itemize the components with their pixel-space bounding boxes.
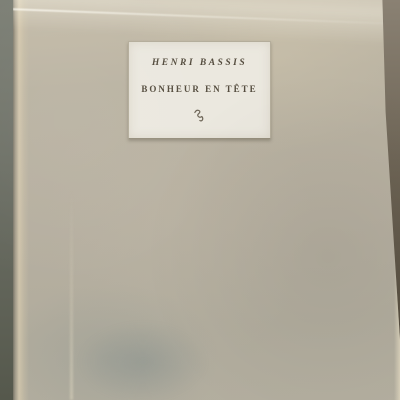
spine-edge: [13, 0, 29, 400]
photo-scene: HENRI BASSIS BONHEUR EN TÊTE: [0, 0, 400, 400]
shadow-smudge: [78, 322, 208, 400]
title-text: BONHEUR EN TÊTE: [129, 84, 270, 94]
author-text: HENRI BASSIS: [129, 58, 270, 68]
book-cover: HENRI BASSIS BONHEUR EN TÊTE: [0, 0, 400, 400]
cover-crease: [70, 190, 73, 400]
title-label: HENRI BASSIS BONHEUR EN TÊTE: [128, 41, 271, 139]
publisher-mark-icon: [191, 108, 207, 123]
